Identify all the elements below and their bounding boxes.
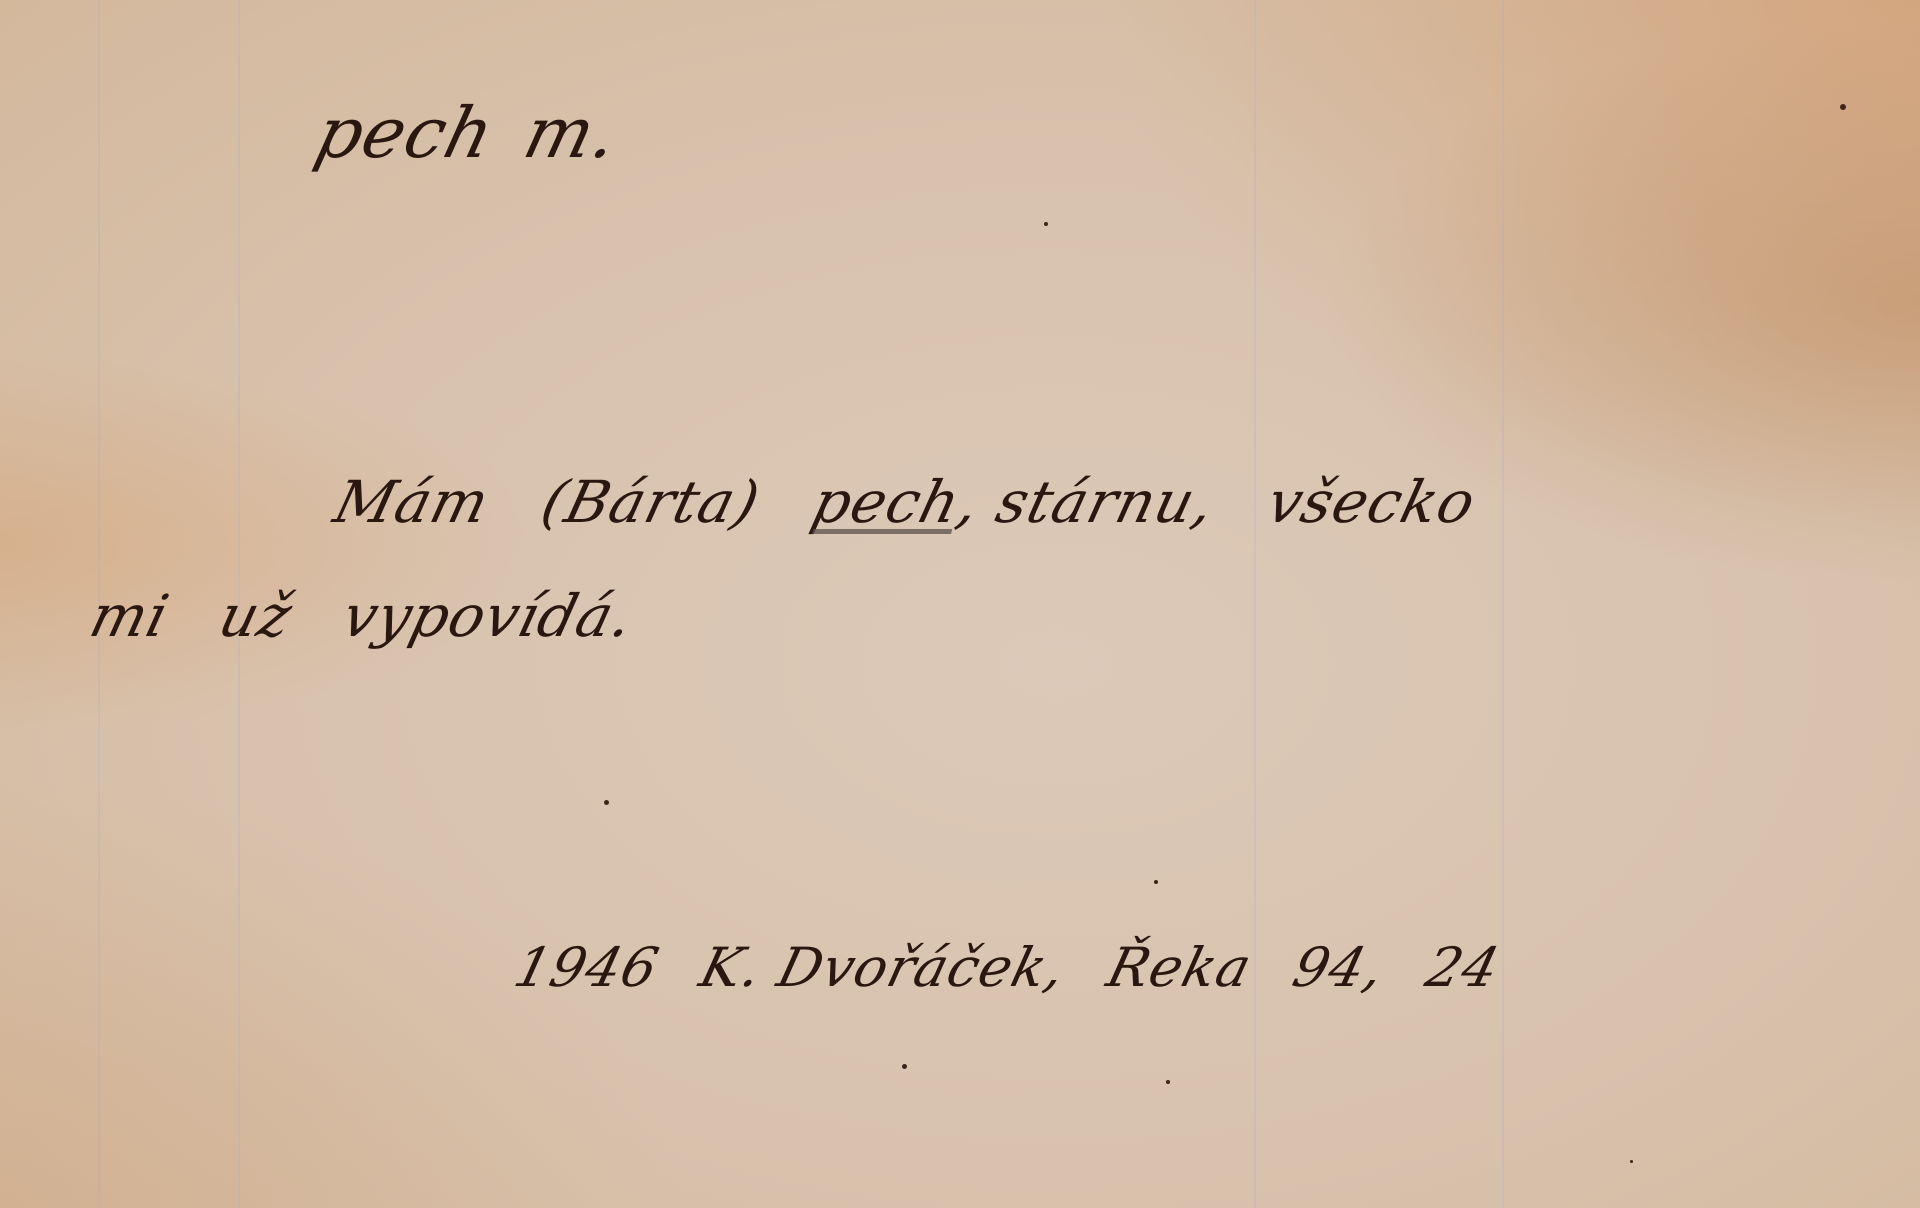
example-word: Mám xyxy=(328,468,497,536)
example-word: vypovídá. xyxy=(336,582,641,650)
paper-speck xyxy=(604,800,609,805)
source-year: 1946 xyxy=(508,936,665,999)
paper-ruling-line xyxy=(1254,0,1256,1208)
paper-speck xyxy=(1630,1160,1633,1163)
example-word: , stárnu, xyxy=(951,468,1222,536)
source-author: K. Dvořáček, xyxy=(694,936,1073,999)
source-line: 24 xyxy=(1420,936,1506,999)
headword-line: pechm. xyxy=(308,92,628,174)
source-citation: 1946 K. Dvořáček, Řeka 94, 24 xyxy=(508,936,1506,999)
example-word: všecko xyxy=(1261,468,1483,536)
example-word: už xyxy=(213,582,300,650)
example-word: mi xyxy=(84,582,177,650)
example-line-1: Mám (Bárta) pech, stárnu, všecko xyxy=(328,468,1483,536)
source-work: Řeka xyxy=(1101,936,1258,999)
dictionary-slip: pechm. Mám (Bárta) pech, stárnu, všecko … xyxy=(0,0,1920,1208)
example-headword-underlined: pech xyxy=(805,468,967,536)
paper-speck xyxy=(1154,880,1158,884)
headword: pech xyxy=(308,92,503,174)
source-page: 94, xyxy=(1287,936,1392,999)
example-line-2: mi už vypovídá. xyxy=(84,582,641,650)
grammatical-gender: m. xyxy=(516,92,627,174)
paper-speck xyxy=(902,1064,907,1069)
paper-ruling-line xyxy=(1502,0,1504,1208)
paper-speck xyxy=(1044,222,1048,226)
paper-speck xyxy=(1840,104,1846,110)
example-word: (Bárta) xyxy=(535,468,767,536)
paper-speck xyxy=(1166,1080,1170,1084)
